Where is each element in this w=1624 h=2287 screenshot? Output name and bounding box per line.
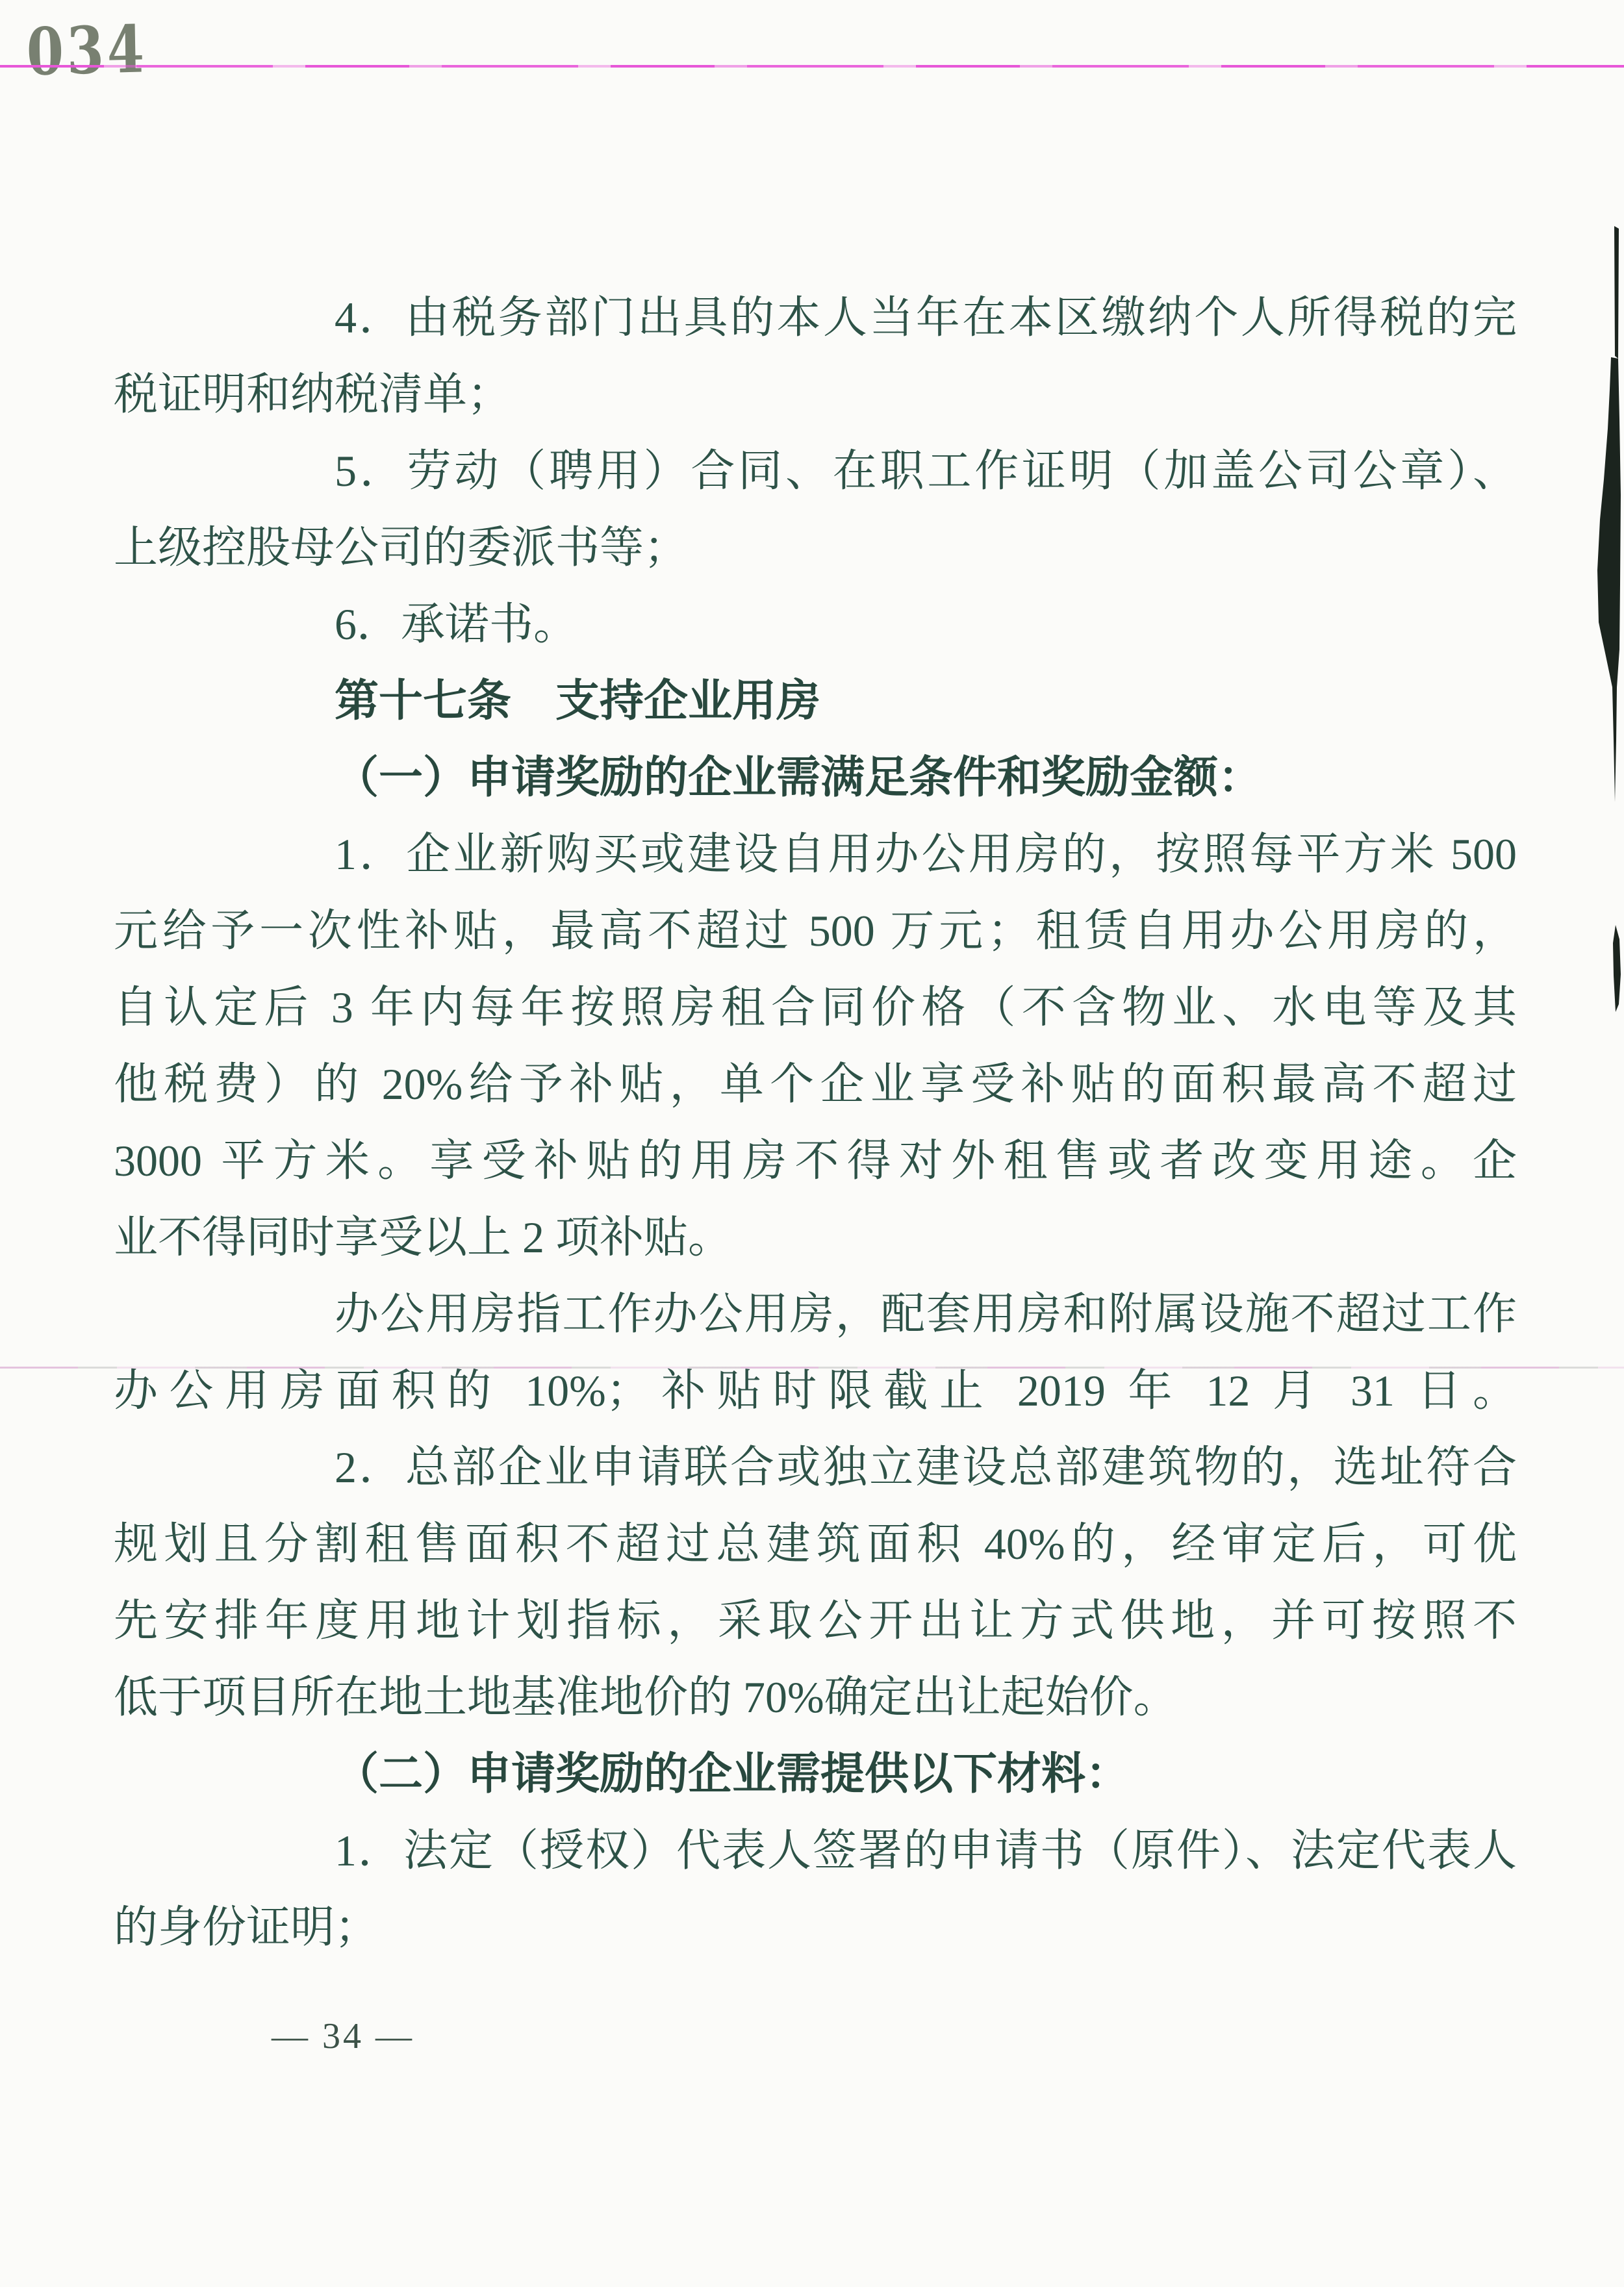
page-number: — 34 — [272, 2017, 414, 2056]
document-page: 034 4．由税务部门出具的本人当年在本区缴纳个人所得税的完税证明和纳税清单；5… [0, 0, 1624, 2287]
scan-edge-artifact [0, 0, 1624, 2287]
edge-ink-blob [1597, 226, 1621, 802]
edge-ink-mark [1613, 925, 1621, 1012]
